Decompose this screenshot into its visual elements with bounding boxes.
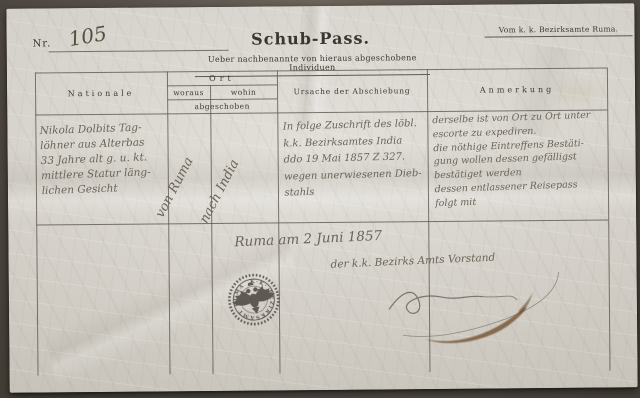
document-number-value: 105 xyxy=(67,21,109,51)
photo-background: Nr. 105 Schub-Pass. Ueber nachbenannte v… xyxy=(0,0,640,398)
official-stamp-seal: K·K· BEZIRKSAMT RUMA xyxy=(216,261,291,339)
header-nationale: Nationale xyxy=(35,71,167,114)
pen-loop-stroke xyxy=(403,272,560,337)
cell-ursache: In folge Zuschrift des löbl. k.k. Bezirk… xyxy=(283,116,433,202)
document-number-label: Nr. xyxy=(33,38,52,49)
header-wohin: wohin xyxy=(210,84,277,99)
document-title: Schub-Pass. xyxy=(211,28,411,49)
header-abgeschoben: abgeschoben xyxy=(167,98,277,113)
pen-loop-and-stain xyxy=(389,254,570,366)
header-anmerkung: Anmerkung xyxy=(427,68,607,112)
brown-stain xyxy=(425,307,527,343)
col-divider-woraus-wohin xyxy=(210,85,214,374)
header-ort: Ort xyxy=(167,70,277,85)
table-right-border xyxy=(607,68,611,371)
cell-wohin: nach India xyxy=(197,157,242,226)
nationale-line: lichen Gesicht xyxy=(41,180,167,199)
ursache-line: stahls xyxy=(284,182,432,202)
table-row-bottom-border xyxy=(36,220,608,226)
cell-anmerkung: derselbe ist von Ort zu Ort unter escort… xyxy=(432,108,607,211)
cell-nationale: Nikola Dolbits Tag- löhner aus Alterbas … xyxy=(39,120,168,199)
date-line: Ruma am 2 Juni 1857 xyxy=(234,228,382,250)
header-ursache: Ursache der Abschiebung xyxy=(277,69,427,112)
issuing-office: Vom k. k. Bezirksamte Ruma. xyxy=(485,24,633,37)
header-woraus: woraus xyxy=(167,85,210,99)
document-number-underline xyxy=(49,50,229,53)
document-paper: Nr. 105 Schub-Pass. Ueber nachbenannte v… xyxy=(6,3,637,392)
